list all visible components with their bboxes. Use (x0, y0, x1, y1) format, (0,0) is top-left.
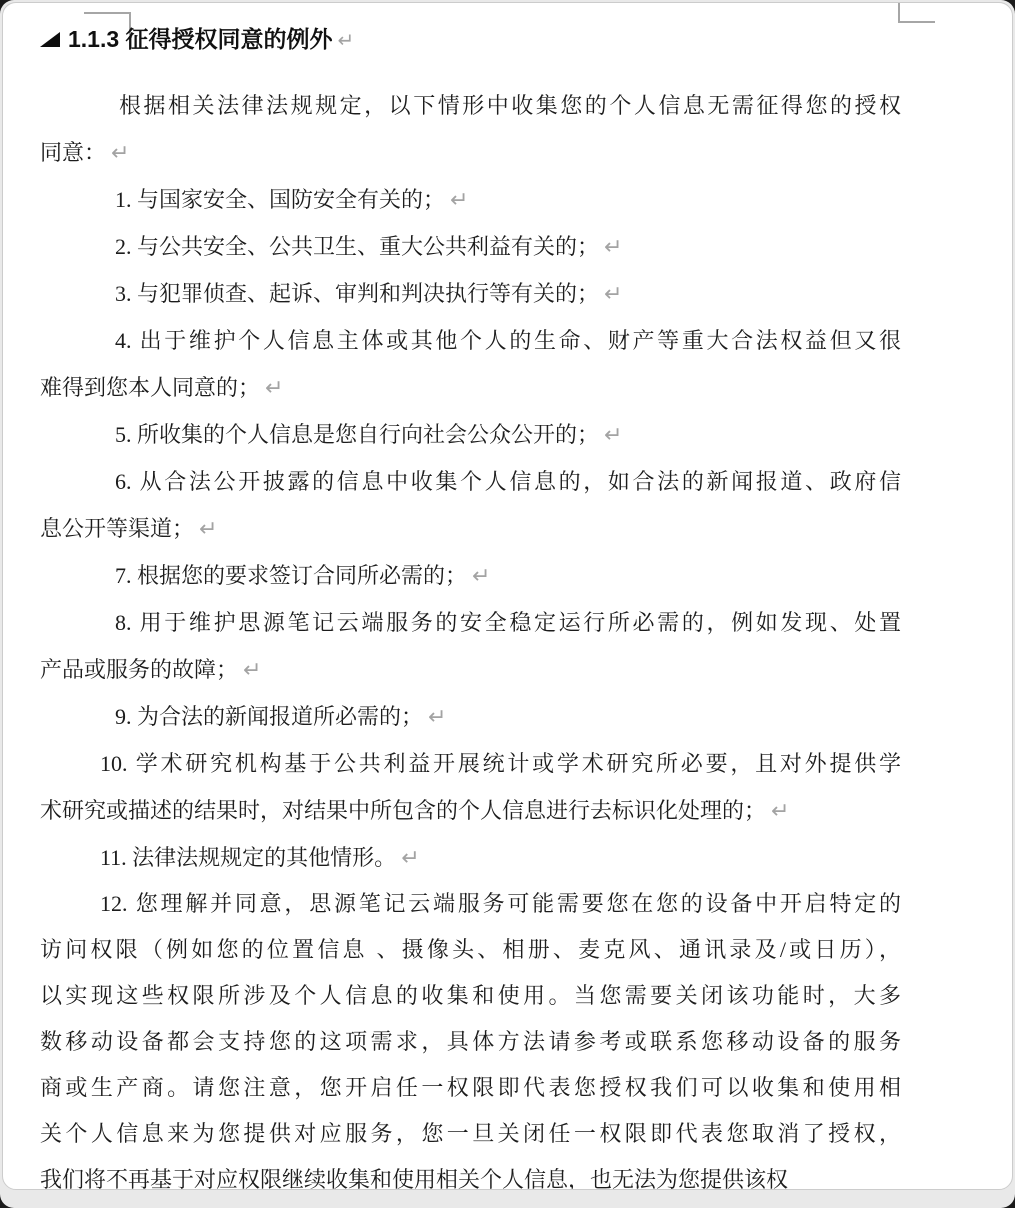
pilcrow-mark: ↵ (604, 234, 622, 259)
pilcrow-mark: ↵ (265, 375, 283, 400)
text-line[interactable]: 6. 从合法公开披露的信息中收集个人信息的，如合法的新闻报道、政府信 (40, 458, 901, 505)
text-line[interactable]: 术研究或描述的结果时，对结果中所包含的个人信息进行去标识化处理的；↵ (40, 787, 901, 834)
text-line[interactable]: 访问权限（例如您的位置信息 、摄像头、相册、麦克风、通讯录及/或日历）， (40, 927, 901, 973)
text-line[interactable]: 产品或服务的故障；↵ (40, 646, 901, 693)
text-line[interactable]: 4. 出于维护个人信息主体或其他个人的生命、财产等重大合法权益但又很 (40, 317, 901, 364)
document-body[interactable]: 1.1.3 征得授权同意的例外↵ 根据相关法律法规规定，以下情形中收集您的个人信… (40, 3, 901, 1190)
text-line[interactable]: 我们将不再基于对应权限继续收集和使用相关个人信息，也无法为您提供该权 (40, 1157, 901, 1190)
paragraph-item-5: 5. 所收集的个人信息是您自行向社会公众公开的；↵ (40, 411, 901, 458)
paragraph-item-11: 11. 法律法规规定的其他情形。↵ (40, 834, 901, 881)
paragraph-item-7: 7. 根据您的要求签订合同所必需的；↵ (40, 552, 901, 599)
section-heading: 1.1.3 征得授权同意的例外↵ (40, 23, 901, 57)
pilcrow-mark: ↵ (111, 140, 129, 165)
text-line[interactable]: 11. 法律法规规定的其他情形。↵ (40, 834, 901, 881)
text-line[interactable]: 根据相关法律法规规定，以下情形中收集您的个人信息无需征得您的授权 (40, 82, 901, 129)
pilcrow-mark: ↵ (472, 563, 490, 588)
text-line[interactable]: 同意：↵ (40, 129, 901, 176)
pilcrow-mark: ↵ (771, 798, 789, 823)
document-page: 1.1.3 征得授权同意的例外↵ 根据相关法律法规规定，以下情形中收集您的个人信… (2, 2, 1013, 1190)
text-line[interactable]: 9. 为合法的新闻报道所必需的；↵ (40, 693, 901, 740)
paragraph-item-2: 2. 与公共安全、公共卫生、重大公共利益有关的；↵ (40, 223, 901, 270)
text-line[interactable]: 8. 用于维护思源笔记云端服务的安全稳定运行所必需的，例如发现、处置 (40, 599, 901, 646)
text-line[interactable]: 3. 与犯罪侦查、起诉、审判和判决执行等有关的；↵ (40, 270, 901, 317)
heading-collapse-triangle-icon[interactable] (40, 32, 60, 47)
pilcrow-mark: ↵ (604, 281, 622, 306)
pilcrow-mark: ↵ (428, 704, 446, 729)
paragraph-container: 根据相关法律法规规定，以下情形中收集您的个人信息无需征得您的授权同意：↵1. 与… (40, 82, 901, 1190)
text-line[interactable]: 7. 根据您的要求签订合同所必需的；↵ (40, 552, 901, 599)
pilcrow-mark: ↵ (401, 845, 419, 870)
pilcrow-mark: ↵ (243, 657, 261, 682)
text-line[interactable]: 1. 与国家安全、国防安全有关的；↵ (40, 176, 901, 223)
paragraph-item-1: 1. 与国家安全、国防安全有关的；↵ (40, 176, 901, 223)
text-line[interactable]: 以实现这些权限所涉及个人信息的收集和使用。当您需要关闭该功能时，大多 (40, 973, 901, 1019)
text-line[interactable]: 商或生产商。请您注意，您开启任一权限即代表您授权我们可以收集和使用相 (40, 1065, 901, 1111)
pilcrow-mark: ↵ (604, 422, 622, 447)
paragraph-item-12: 12. 您理解并同意，思源笔记云端服务可能需要您在您的设备中开启特定的访问权限（… (40, 881, 901, 1190)
text-line[interactable]: 12. 您理解并同意，思源笔记云端服务可能需要您在您的设备中开启特定的 (40, 881, 901, 927)
section-heading-text: 1.1.3 征得授权同意的例外 (68, 26, 333, 52)
pilcrow-mark: ↵ (450, 187, 468, 212)
text-line[interactable]: 数移动设备都会支持您的这项需求，具体方法请参考或联系您移动设备的服务 (40, 1019, 901, 1065)
page-background: 1.1.3 征得授权同意的例外↵ 根据相关法律法规规定，以下情形中收集您的个人信… (0, 0, 1015, 1208)
paragraph-item-8: 8. 用于维护思源笔记云端服务的安全稳定运行所必需的，例如发现、处置产品或服务的… (40, 599, 901, 693)
pilcrow-mark: ↵ (199, 516, 217, 541)
text-line[interactable]: 2. 与公共安全、公共卫生、重大公共利益有关的；↵ (40, 223, 901, 270)
text-line[interactable]: 10. 学术研究机构基于公共利益开展统计或学术研究所必要，且对外提供学 (40, 740, 901, 787)
text-line[interactable]: 关个人信息来为您提供对应服务，您一旦关闭任一权限即代表您取消了授权， (40, 1111, 901, 1157)
paragraph-item-6: 6. 从合法公开披露的信息中收集个人信息的，如合法的新闻报道、政府信息公开等渠道… (40, 458, 901, 552)
paragraph-item-9: 9. 为合法的新闻报道所必需的；↵ (40, 693, 901, 740)
text-line[interactable]: 5. 所收集的个人信息是您自行向社会公众公开的；↵ (40, 411, 901, 458)
text-line[interactable]: 息公开等渠道；↵ (40, 505, 901, 552)
text-line[interactable]: 难得到您本人同意的；↵ (40, 364, 901, 411)
crop-mark-top-right (898, 3, 935, 23)
paragraph-intro: 根据相关法律法规规定，以下情形中收集您的个人信息无需征得您的授权同意：↵ (40, 82, 901, 176)
pilcrow-mark: ↵ (338, 30, 355, 52)
paragraph-item-10: 10. 学术研究机构基于公共利益开展统计或学术研究所必要，且对外提供学术研究或描… (40, 740, 901, 834)
paragraph-item-3: 3. 与犯罪侦查、起诉、审判和判决执行等有关的；↵ (40, 270, 901, 317)
paragraph-item-4: 4. 出于维护个人信息主体或其他个人的生命、财产等重大合法权益但又很难得到您本人… (40, 317, 901, 411)
